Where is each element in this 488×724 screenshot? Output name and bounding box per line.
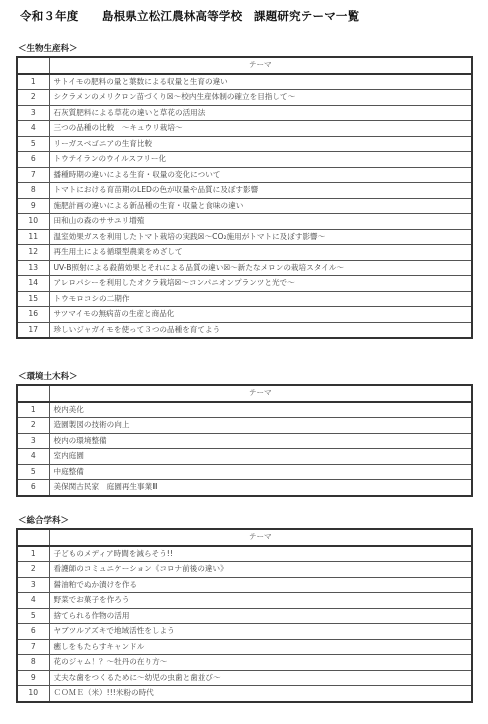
section-label-seibutsu: ＜生物生産科＞: [18, 42, 78, 54]
theme-table-seibutsu: テーマ 1サトイモの肥料の量と葉数による収量と生育の違い2シクラメンのメリクロン…: [16, 56, 473, 339]
theme-table-sogo: テーマ 1子どものメディア時間を減らそう!!2看護師のコミュニケーション《コロナ…: [16, 528, 473, 703]
table-row: 1校内美化: [17, 402, 472, 418]
table-row: 4室内庭園: [17, 449, 472, 465]
row-number: 4: [17, 121, 49, 137]
row-theme: 醤油粕でぬか漬けを作る: [49, 577, 472, 593]
table-header-row: テーマ: [17, 385, 472, 402]
row-theme: UV-B照射による殺菌効果とそれによる品質の違い☒～新たなメロンの栽培スタイル～: [49, 260, 472, 276]
table-row: 3醤油粕でぬか漬けを作る: [17, 577, 472, 593]
row-theme: 再生用土による循環型農業をめざして: [49, 245, 472, 261]
row-number: 9: [17, 198, 49, 214]
table-row: 10ＣＯＭＥ（米）!!!米粉の時代: [17, 686, 472, 702]
table-row: 1子どものメディア時間を減らそう!!: [17, 546, 472, 562]
table-row: 5リーガスベゴニアの生育比較: [17, 136, 472, 152]
row-theme: 温室効果ガスを利用したトマト栽培の実践☒～CO₂施用がトマトに及ぼす影響～: [49, 229, 472, 245]
row-number: 1: [17, 546, 49, 562]
row-theme: サトイモの肥料の量と葉数による収量と生育の違い: [49, 74, 472, 90]
row-theme: 校内の環境整備: [49, 433, 472, 449]
row-number: 2: [17, 90, 49, 106]
row-theme: 美保関古民家 庭園再生事業Ⅲ: [49, 480, 472, 496]
table-row: 3石灰質肥料による草花の違いと草花の活用法: [17, 105, 472, 121]
row-theme: 野菜でお菓子を作ろう: [49, 593, 472, 609]
table-row: 9丈夫な歯をつくるために～幼児の虫歯と歯並び～: [17, 670, 472, 686]
theme-table-kankyo: テーマ 1校内美化2造園製図の技術の向上3校内の環境整備4室内庭園5中庭整備6美…: [16, 384, 473, 497]
row-theme: 癒しをもたらすキャンドル: [49, 639, 472, 655]
row-number: 3: [17, 105, 49, 121]
row-number: 9: [17, 670, 49, 686]
row-theme: 田和山の森のササユリ増殖: [49, 214, 472, 230]
row-theme: 校内美化: [49, 402, 472, 418]
row-number: 5: [17, 464, 49, 480]
row-theme: 子どものメディア時間を減らそう!!: [49, 546, 472, 562]
row-number: 15: [17, 291, 49, 307]
row-theme: アレロパシーを利用したオクラ栽培☒～コンパニオンプランツと光で～: [49, 276, 472, 292]
row-theme: 石灰質肥料による草花の違いと草花の活用法: [49, 105, 472, 121]
table-row: 2造園製図の技術の向上: [17, 418, 472, 434]
row-number: 5: [17, 608, 49, 624]
row-number: 7: [17, 167, 49, 183]
table-row: 6トウテイランのウイルスフリー化: [17, 152, 472, 168]
row-theme: 施肥計画の違いによる新品種の生育・収量と食味の違い: [49, 198, 472, 214]
row-number: 14: [17, 276, 49, 292]
row-number: 2: [17, 418, 49, 434]
table-row: 16サツマイモの無病苗の生産と商品化: [17, 307, 472, 323]
table-row: 14アレロパシーを利用したオクラ栽培☒～コンパニオンプランツと光で～: [17, 276, 472, 292]
table-row: 17珍しいジャガイモを使って３つの品種を育てよう: [17, 322, 472, 338]
section-label-sogo: ＜総合学科＞: [18, 514, 69, 526]
table-row: 15トウモロコシの二期作: [17, 291, 472, 307]
row-theme: 三つの品種の比較 ～キュウリ栽培～: [49, 121, 472, 137]
row-number: 10: [17, 214, 49, 230]
row-theme: 造園製図の技術の向上: [49, 418, 472, 434]
column-header-theme: テーマ: [49, 529, 472, 546]
row-theme: 捨てられる作物の活用: [49, 608, 472, 624]
table-row: 9施肥計画の違いによる新品種の生育・収量と食味の違い: [17, 198, 472, 214]
row-number: 11: [17, 229, 49, 245]
row-number: 6: [17, 152, 49, 168]
row-theme: 花のジャム！？～牡丹の在り方～: [49, 655, 472, 671]
row-number: 6: [17, 624, 49, 640]
table-row: 4野菜でお菓子を作ろう: [17, 593, 472, 609]
row-theme: トウテイランのウイルスフリー化: [49, 152, 472, 168]
row-theme: 丈夫な歯をつくるために～幼児の虫歯と歯並び～: [49, 670, 472, 686]
row-number: 1: [17, 402, 49, 418]
column-header-num: [17, 385, 49, 402]
table-row: 12再生用土による循環型農業をめざして: [17, 245, 472, 261]
row-number: 1: [17, 74, 49, 90]
row-number: 2: [17, 562, 49, 578]
table-row: 6ヤブツルアズキで地域活性をしよう: [17, 624, 472, 640]
row-number: 8: [17, 183, 49, 199]
table-row: 5捨てられる作物の活用: [17, 608, 472, 624]
table-row: 8トマトにおける育苗期のLEDの色が収量や品質に及ぼす影響: [17, 183, 472, 199]
row-number: 16: [17, 307, 49, 323]
row-number: 3: [17, 577, 49, 593]
row-theme: 珍しいジャガイモを使って３つの品種を育てよう: [49, 322, 472, 338]
table-row: 6美保関古民家 庭園再生事業Ⅲ: [17, 480, 472, 496]
row-number: 8: [17, 655, 49, 671]
section-label-kankyo: ＜環境土木科＞: [18, 370, 78, 382]
row-theme: 看護師のコミュニケーション《コロナ前後の違い》: [49, 562, 472, 578]
table-header-row: テーマ: [17, 529, 472, 546]
column-header-theme: テーマ: [49, 385, 472, 402]
column-header-theme: テーマ: [49, 57, 472, 74]
row-theme: ヤブツルアズキで地域活性をしよう: [49, 624, 472, 640]
row-theme: 播種時期の違いによる生育・収量の変化について: [49, 167, 472, 183]
table-row: 1サトイモの肥料の量と葉数による収量と生育の違い: [17, 74, 472, 90]
row-number: 4: [17, 449, 49, 465]
table-row: 7播種時期の違いによる生育・収量の変化について: [17, 167, 472, 183]
row-theme: ＣＯＭＥ（米）!!!米粉の時代: [49, 686, 472, 702]
table-row: 11温室効果ガスを利用したトマト栽培の実践☒～CO₂施用がトマトに及ぼす影響～: [17, 229, 472, 245]
row-number: 3: [17, 433, 49, 449]
row-theme: 室内庭園: [49, 449, 472, 465]
row-number: 7: [17, 639, 49, 655]
row-number: 10: [17, 686, 49, 702]
table-header-row: テーマ: [17, 57, 472, 74]
column-header-num: [17, 529, 49, 546]
table-row: 3校内の環境整備: [17, 433, 472, 449]
row-theme: トウモロコシの二期作: [49, 291, 472, 307]
table-row: 5中庭整備: [17, 464, 472, 480]
row-theme: 中庭整備: [49, 464, 472, 480]
table-row: 10田和山の森のササユリ増殖: [17, 214, 472, 230]
row-number: 12: [17, 245, 49, 261]
row-theme: トマトにおける育苗期のLEDの色が収量や品質に及ぼす影響: [49, 183, 472, 199]
table-row: 4三つの品種の比較 ～キュウリ栽培～: [17, 121, 472, 137]
table-row: 2シクラメンのメリクロン苗づくり☒～校内生産体制の確立を目指して～: [17, 90, 472, 106]
row-number: 17: [17, 322, 49, 338]
document-title: 令和３年度 島根県立松江農林高等学校 課題研究テーマ一覧: [20, 8, 359, 24]
column-header-num: [17, 57, 49, 74]
table-row: 8花のジャム！？～牡丹の在り方～: [17, 655, 472, 671]
row-theme: シクラメンのメリクロン苗づくり☒～校内生産体制の確立を目指して～: [49, 90, 472, 106]
table-row: 7癒しをもたらすキャンドル: [17, 639, 472, 655]
row-number: 4: [17, 593, 49, 609]
row-theme: リーガスベゴニアの生育比較: [49, 136, 472, 152]
row-number: 13: [17, 260, 49, 276]
row-theme: サツマイモの無病苗の生産と商品化: [49, 307, 472, 323]
table-row: 2看護師のコミュニケーション《コロナ前後の違い》: [17, 562, 472, 578]
table-row: 13UV-B照射による殺菌効果とそれによる品質の違い☒～新たなメロンの栽培スタイ…: [17, 260, 472, 276]
row-number: 6: [17, 480, 49, 496]
row-number: 5: [17, 136, 49, 152]
